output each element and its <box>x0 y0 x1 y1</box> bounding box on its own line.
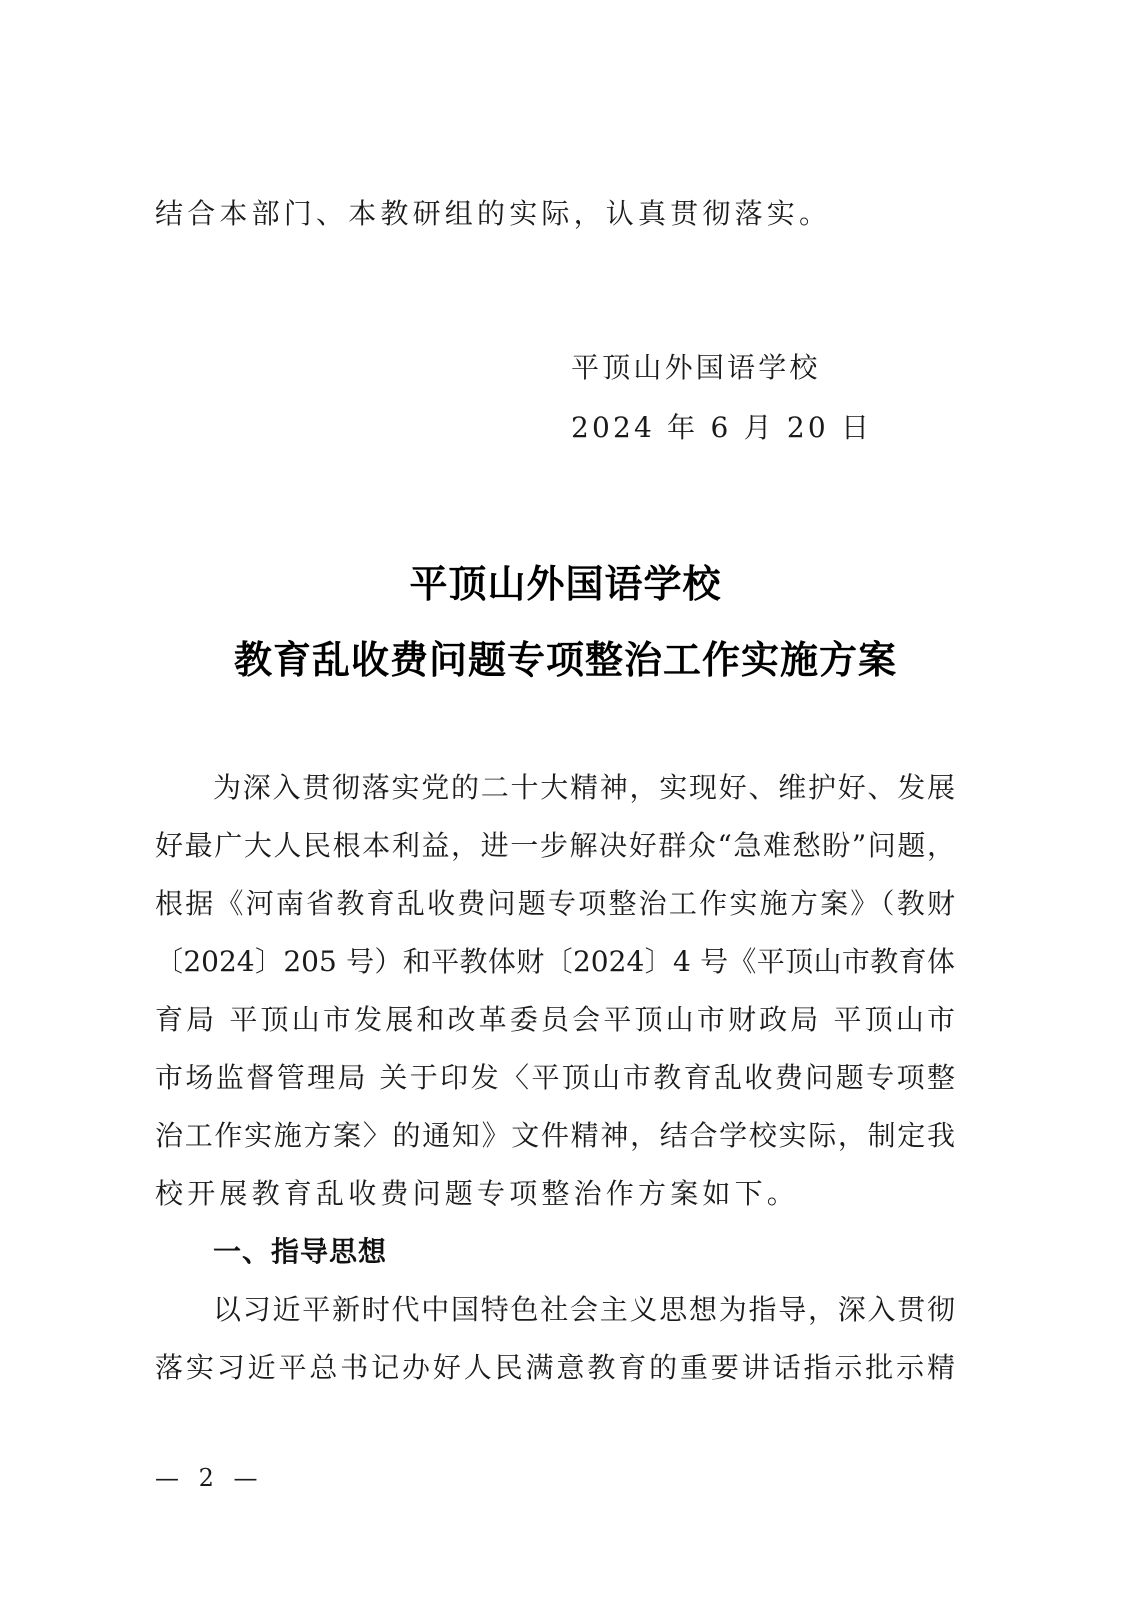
intro-paragraph-line: 〔2024〕205 号）和平教体财〔2024〕4 号《平顶山市教育体 <box>155 944 955 980</box>
intro-paragraph-line: 校开展教育乱收费问题专项整治作方案如下。 <box>155 1176 955 1212</box>
section-paragraph-line: 落实习近平总书记办好人民满意教育的重要讲话指示批示精 <box>155 1350 955 1386</box>
intro-paragraph-line: 市场监督管理局 关于印发〈平顶山市教育乱收费问题专项整 <box>155 1060 955 1096</box>
page-number: — 2 — <box>155 1462 264 1494</box>
intro-paragraph-line: 治工作实施方案〉的通知》文件精神，结合学校实际，制定我 <box>155 1118 955 1154</box>
intro-paragraph-line: 育局 平顶山市发展和改革委员会平顶山市财政局 平顶山市 <box>155 1002 955 1038</box>
intro-paragraph-line: 根据《河南省教育乱收费问题专项整治工作实施方案》（教财 <box>155 886 955 922</box>
section-paragraph-line: 以习近平新时代中国特色社会主义思想为指导，深入贯彻 <box>213 1292 955 1328</box>
signature-organization: 平顶山外国语学校 <box>571 350 821 386</box>
section-heading-guiding-ideology: 一、指导思想 <box>213 1234 387 1270</box>
signature-date: 2024 年 6 月 20 日 <box>571 410 872 446</box>
document-title-line-1: 平顶山外国语学校 <box>0 560 1131 608</box>
intro-paragraph-line: 为深入贯彻落实党的二十大精神，实现好、维护好、发展 <box>213 770 955 806</box>
document-title-line-2: 教育乱收费问题专项整治工作实施方案 <box>0 636 1131 684</box>
continuation-text: 结合本部门、本教研组的实际，认真贯彻落实。 <box>155 196 831 232</box>
intro-paragraph-line: 好最广大人民根本利益，进一步解决好群众“急难愁盼”问题， <box>155 828 955 864</box>
